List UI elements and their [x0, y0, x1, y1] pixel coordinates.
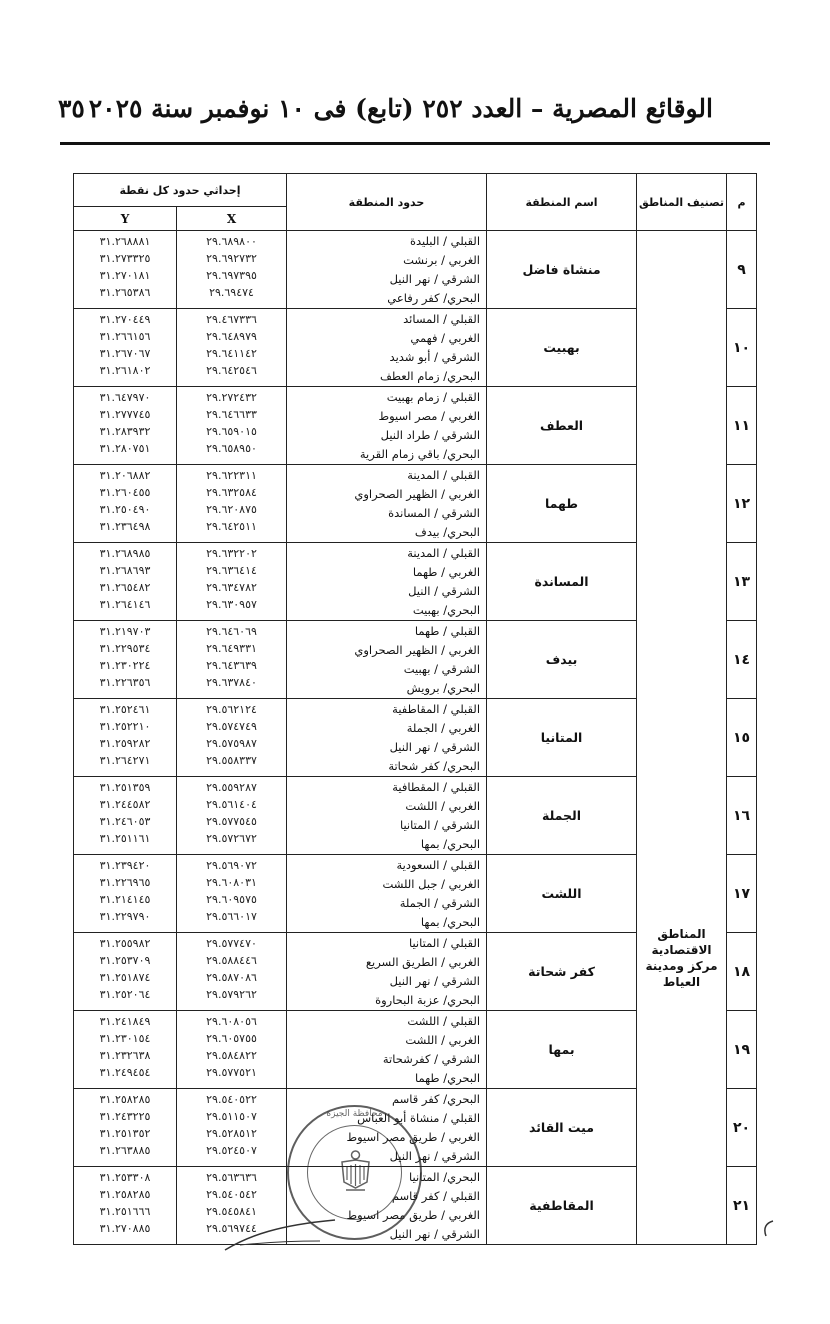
coord-x: ٢٩.٦٨٩٨٠٠٢٩.٦٩٢٧٣٢٢٩.٦٩٧٣٩٥٢٩.٦٩٤٧٤ — [177, 231, 287, 309]
coord-y-value: ٣١.٢٤١٨٤٩ — [74, 1013, 176, 1030]
bound-line: القبلي / كفر قاسم — [291, 1187, 480, 1206]
coord-x-value: ٢٩.٦٤٩٣٣١ — [177, 640, 286, 657]
page-number: ٣٥ — [58, 94, 85, 123]
row-number: ١٢ — [727, 465, 757, 543]
coord-x: ٢٩.٦٤٦٠٦٩٢٩.٦٤٩٣٣١٢٩.٦٤٣٦٣٩٢٩.٦٣٧٨٤٠ — [177, 621, 287, 699]
coord-y-value: ٣١.٢٨٣٩٣٢ — [74, 423, 176, 440]
bound-line: الغربي / الجملة — [291, 719, 480, 738]
zone-name: المقاطفية — [487, 1167, 637, 1245]
coord-y-value: ٣١.٢٥٢٢١٠ — [74, 718, 176, 735]
bound-line: الغربي / فهمي — [291, 329, 480, 348]
zone-bounds: القبلي / البليدةالغربي / برنشتالشرقي / ن… — [287, 231, 487, 309]
coord-x-value: ٢٩.٦٣٧٨٤٠ — [177, 674, 286, 691]
coord-y-value: ٣١.٢٥١٨٧٤ — [74, 969, 176, 986]
bound-line: البحري/ طهما — [291, 1069, 480, 1088]
coord-y-value: ٣١.٢٥١٣٥٩ — [74, 779, 176, 796]
bound-line: القبلي / المقاطفية — [291, 700, 480, 719]
coord-x-value: ٢٩.٥٧٧٥٤٥ — [177, 813, 286, 830]
row-number: ٢٠ — [727, 1089, 757, 1167]
coord-x: ٢٩.٥٤٠٥٢٢٢٩.٥١١٥٠٧٢٩.٥٢٨٥١٢٢٩.٥٢٤٥٠٧ — [177, 1089, 287, 1167]
coord-x-value: ٢٩.٦٣٢٢٠٢ — [177, 545, 286, 562]
coord-x-value: ٢٩.٦٩٧٣٩٥ — [177, 267, 286, 284]
bound-line: البحري/ كفر قاسم — [291, 1090, 480, 1109]
column-header-coordinates: إحداثي حدود كل نقطة — [74, 174, 287, 207]
zone-name: طهما — [487, 465, 637, 543]
bound-line: الغربي / برنشت — [291, 251, 480, 270]
coord-y-value: ٣١.٢٧٠٨٨٥ — [74, 1220, 176, 1237]
bound-line: الشرقي / نهر النيل — [291, 270, 480, 289]
row-number: ٩ — [727, 231, 757, 309]
coord-y: ٣١.٢٠٦٨٨٢٣١.٢٦٠٤٥٥٣١.٢٥٠٤٩٠٣١.٢٣٦٤٩٨ — [74, 465, 177, 543]
coord-y: ٣١.٢٥٥٩٨٢٣١.٢٥٣٧٠٩٣١.٢٥١٨٧٤٣١.٢٥٢٠٦٤ — [74, 933, 177, 1011]
coord-x-value: ٢٩.٦٣٦٤١٤ — [177, 562, 286, 579]
row-number: ١٣ — [727, 543, 757, 621]
coord-y-value: ٣١.٢٦٧٠٦٧ — [74, 345, 176, 362]
coord-x-value: ٢٩.٥٢٨٥١٢ — [177, 1125, 286, 1142]
bound-line: الشرقي / نهر النيل — [291, 1225, 480, 1244]
coord-x-value: ٢٩.٦٢٠٨٧٥ — [177, 501, 286, 518]
zone-classification: المناطق الاقتصادية مركز ومدينة العياط — [637, 231, 727, 1245]
coord-y-value: ٣١.٢٥٨٢٨٥ — [74, 1186, 176, 1203]
bound-line: البحري/ المتانيا — [291, 1168, 480, 1187]
coord-x-value: ٢٩.٦٥٩٠١٥ — [177, 423, 286, 440]
coord-x-value: ٢٩.٤٦٧٣٣٦ — [177, 311, 286, 328]
coord-x-value: ٢٩.٥٨٨٤٤٦ — [177, 952, 286, 969]
coord-x-value: ٢٩.٥٦٩٧٤٤ — [177, 1220, 286, 1237]
bound-line: القبلي / اللشت — [291, 1012, 480, 1031]
coord-x-value: ٢٩.٦٤٦٠٦٩ — [177, 623, 286, 640]
coord-y-value: ٣١.٢٥٣٣٠٨ — [74, 1169, 176, 1186]
column-header-zone-bounds: حدود المنطقة — [287, 174, 487, 231]
bound-line: الشرقي / الجملة — [291, 894, 480, 913]
bound-line: القبلي / المتانيا — [291, 934, 480, 953]
coord-y: ٣١.٢٥٢٤٦١٣١.٢٥٢٢١٠٣١.٢٥٩٢٨٢٣١.٢٦٤٢٧١ — [74, 699, 177, 777]
zone-name: منشاة فاضل — [487, 231, 637, 309]
bound-line: القبلي / زمام بهبيت — [291, 388, 480, 407]
coord-y-value: ٣١.٢٦٠٤٥٥ — [74, 484, 176, 501]
zone-bounds: القبلي / المدينةالغربي / الظهير الصحراوي… — [287, 465, 487, 543]
coord-y-value: ٣١.٢٢٩٧٩٠ — [74, 908, 176, 925]
bound-line: القبلي / البليدة — [291, 232, 480, 251]
coord-y: ٣١.٢٥٨٢٨٥٣١.٢٤٣٢٢٥٣١.٢٥١٣٥٢٣١.٢٦٣٨٨٥ — [74, 1089, 177, 1167]
coord-y-value: ٣١.٢٥٠٤٩٠ — [74, 501, 176, 518]
coord-y-value: ٣١.٢٦٥٤٨٢ — [74, 579, 176, 596]
coord-x-value: ٢٩.٦٣٢٥٨٤ — [177, 484, 286, 501]
coord-y-value: ٣١.٢٥٢٠٦٤ — [74, 986, 176, 1003]
coord-y-value: ٣١.٢٦٨٦٩٣ — [74, 562, 176, 579]
coord-x-value: ٢٩.٥١١٥٠٧ — [177, 1108, 286, 1125]
coord-y-value: ٣١.٢٦٨٩٨٥ — [74, 545, 176, 562]
row-number: ١٥ — [727, 699, 757, 777]
coord-y-value: ٣١.٢٤٦٠٥٣ — [74, 813, 176, 830]
bound-line: الغربي / اللشت — [291, 797, 480, 816]
coord-y-value: ٣١.٢٦٥٣٨٦ — [74, 284, 176, 301]
coord-y-value: ٣١.٢٥٥٩٨٢ — [74, 935, 176, 952]
zone-bounds: القبلي / اللشتالغربي / اللشتالشرقي / كفر… — [287, 1011, 487, 1089]
bound-line: الغربي / الظهير الصحراوي — [291, 641, 480, 660]
row-number: ١٨ — [727, 933, 757, 1011]
zone-bounds: القبلي / المقاطفيةالغربي / الجملةالشرقي … — [287, 699, 487, 777]
coord-x-value: ٢٩.٥٨٤٨٢٢ — [177, 1047, 286, 1064]
coord-x: ٢٩.٦٢٢٣١١٢٩.٦٣٢٥٨٤٢٩.٦٢٠٨٧٥٢٩.٦٤٢٥١١ — [177, 465, 287, 543]
economic-zones-table: م تصنيف المناطق اسم المنطقة حدود المنطقة… — [73, 173, 757, 1245]
column-header-zone-name: اسم المنطقة — [487, 174, 637, 231]
row-number: ١٧ — [727, 855, 757, 933]
coord-y: ٣١.٦٤٧٩٧٠٣١.٢٧٧٧٤٥٣١.٢٨٣٩٣٢٣١.٢٨٠٧٥١ — [74, 387, 177, 465]
row-number: ١٦ — [727, 777, 757, 855]
coord-y-value: ٣١.٢٦٣٨٨٥ — [74, 1142, 176, 1159]
coord-y-value: ٣١.٢٣٠١٥٤ — [74, 1030, 176, 1047]
coord-x-value: ٢٩.٥٤٠٥٤٢ — [177, 1186, 286, 1203]
coord-y-value: ٣١.٢١٩٧٠٣ — [74, 623, 176, 640]
bound-line: القبلي / منشاة أبو العباس — [291, 1109, 480, 1128]
coord-y-value: ٣١.٢٥٣٧٠٩ — [74, 952, 176, 969]
column-header-y: Y — [74, 207, 177, 231]
coord-x-value: ٢٩.٦٤٦٦٣٣ — [177, 406, 286, 423]
coord-x-value: ٢٩.٥٨٧٠٨٦ — [177, 969, 286, 986]
coord-x-value: ٢٩.٥٧٧٥٢١ — [177, 1064, 286, 1081]
coord-x-value: ٢٩.٦٢٢٣١١ — [177, 467, 286, 484]
coord-y-value: ٣١.٢٨٠٧٥١ — [74, 440, 176, 457]
coord-x: ٢٩.٥٦٩٠٧٢٢٩.٦٠٨٠٣١٢٩.٦٠٩٥٧٥٢٩.٥٦٦٠١٧ — [177, 855, 287, 933]
zone-name: بيدف — [487, 621, 637, 699]
coord-x-value: ٢٩.٥٥٩٢٨٧ — [177, 779, 286, 796]
coord-y-value: ٣١.٢٧٠٤٤٩ — [74, 311, 176, 328]
coord-x: ٢٩.٦٣٢٢٠٢٢٩.٦٣٦٤١٤٢٩.٦٣٤٧٨٢٢٩.٦٣٠٩٥٧ — [177, 543, 287, 621]
coord-y-value: ٣١.٢٢٦٩٦٥ — [74, 874, 176, 891]
coord-x-value: ٢٩.٢٧٢٤٣٢ — [177, 389, 286, 406]
coord-x-value: ٢٩.٥٦٣٦٣٦ — [177, 1169, 286, 1186]
bound-line: البحري/ زمام العطف — [291, 367, 480, 386]
coord-y-value: ٣١.٢٢٦٣٥٦ — [74, 674, 176, 691]
bound-line: الغربي / مصر اسيوط — [291, 407, 480, 426]
bound-line: القبلي / المقطافية — [291, 778, 480, 797]
coord-y-value: ٣١.٢٣٦٤٩٨ — [74, 518, 176, 535]
coord-x-value: ٢٩.٥٦٩٠٧٢ — [177, 857, 286, 874]
coord-x-value: ٢٩.٦٠٨٠٥٦ — [177, 1013, 286, 1030]
zone-name: العطف — [487, 387, 637, 465]
header-divider — [60, 142, 770, 145]
coord-x-value: ٢٩.٥٥٨٣٣٧ — [177, 752, 286, 769]
coord-y-value: ٣١.٢٥١٣٥٢ — [74, 1125, 176, 1142]
row-number: ١٩ — [727, 1011, 757, 1089]
coord-y-value: ٣١.٢٧٧٧٤٥ — [74, 406, 176, 423]
bound-line: البحري/ باقي زمام القرية — [291, 445, 480, 464]
coord-x-value: ٢٩.٥٤٥٨٤١ — [177, 1203, 286, 1220]
zone-name: المساندة — [487, 543, 637, 621]
row-number: ٢١ — [727, 1167, 757, 1245]
zone-name: بمها — [487, 1011, 637, 1089]
coord-y-value: ٣١.٢٢٩٥٣٤ — [74, 640, 176, 657]
bound-line: الشرقي / نهر النيل — [291, 738, 480, 757]
coord-x-value: ٢٩.٦٤٢٥٤٦ — [177, 362, 286, 379]
coord-x: ٢٩.٦٠٨٠٥٦٢٩.٦٠٥٧٥٥٢٩.٥٨٤٨٢٢٢٩.٥٧٧٥٢١ — [177, 1011, 287, 1089]
column-header-classification: تصنيف المناطق — [637, 174, 727, 231]
coord-x-value: ٢٩.٥٦١٤٠٤ — [177, 796, 286, 813]
bound-line: الغربي / الطريق السريع — [291, 953, 480, 972]
zone-name: بهبيت — [487, 309, 637, 387]
bound-line: البحري/ بمها — [291, 835, 480, 854]
corner-mark — [758, 1218, 778, 1238]
bound-line: الشرقي / أبو شديد — [291, 348, 480, 367]
coord-y-value: ٣١.٢٦٤٢٧١ — [74, 752, 176, 769]
bound-line: البحري/ بهبيت — [291, 601, 480, 620]
zone-bounds: القبلي / زمام بهبيتالغربي / مصر اسيوطالش… — [287, 387, 487, 465]
bound-line: الغربي / طريق مصر اسيوط — [291, 1206, 480, 1225]
zone-bounds: البحري/ كفر قاسمالقبلي / منشاة أبو العبا… — [287, 1089, 487, 1167]
coord-y-value: ٣١.٢٠٦٨٨٢ — [74, 467, 176, 484]
bound-line: البحري/ برويش — [291, 679, 480, 698]
bound-line: الغربي / طهما — [291, 563, 480, 582]
bound-line: القبلي / المدينة — [291, 466, 480, 485]
coord-x-value: ٢٩.٦٤٢٥١١ — [177, 518, 286, 535]
bound-line: الغربي / الظهير الصحراوي — [291, 485, 480, 504]
coord-x-value: ٢٩.٦٩٤٧٤ — [177, 284, 286, 301]
bound-line: الغربي / طريق مصر اسيوط — [291, 1128, 480, 1147]
coord-x-value: ٢٩.٥٧٤٧٤٩ — [177, 718, 286, 735]
bound-line: الغربي / اللشت — [291, 1031, 480, 1050]
bound-line: الشرقي / كفرشحاتة — [291, 1050, 480, 1069]
coord-x-value: ٢٩.٥٧٧٤٧٠ — [177, 935, 286, 952]
bound-line: الشرقي / نهر النيل — [291, 972, 480, 991]
zone-bounds: القبلي / طهماالغربي / الظهير الصحراويالش… — [287, 621, 487, 699]
coord-y-value: ٣١.٢٥١٦٦٦ — [74, 1203, 176, 1220]
zone-name: اللشت — [487, 855, 637, 933]
zone-bounds: القبلي / المدينةالغربي / طهماالشرقي / ال… — [287, 543, 487, 621]
coord-x: ٢٩.٥٦٢١٢٤٢٩.٥٧٤٧٤٩٢٩.٥٧٥٩٨٧٢٩.٥٥٨٣٣٧ — [177, 699, 287, 777]
bound-line: الشرقي / طراد النيل — [291, 426, 480, 445]
classification-label: المناطق الاقتصادية مركز ومدينة العياط — [641, 926, 722, 990]
coord-y-value: ٣١.٢٣٩٤٢٠ — [74, 857, 176, 874]
coord-y-value: ٣١.٢٤٩٤٥٤ — [74, 1064, 176, 1081]
bound-line: القبلي / المدينة — [291, 544, 480, 563]
bound-line: الشرقي / بهبيت — [291, 660, 480, 679]
bound-line: البحري/ بيدف — [291, 523, 480, 542]
bound-line: البحري/ كفر رفاعي — [291, 289, 480, 308]
coord-y-value: ٣١.٢٤٣٢٢٥ — [74, 1108, 176, 1125]
bound-line: القبلي / المسائد — [291, 310, 480, 329]
coord-x: ٢٩.٥٧٧٤٧٠٢٩.٥٨٨٤٤٦٢٩.٥٨٧٠٨٦٢٩.٥٧٩٢٦٢ — [177, 933, 287, 1011]
zone-name: ميت القائد — [487, 1089, 637, 1167]
zone-name: الجملة — [487, 777, 637, 855]
coord-y-value: ٣١.٢١٤١٤٥ — [74, 891, 176, 908]
coord-x-value: ٢٩.٦٣٤٧٨٢ — [177, 579, 286, 596]
zone-bounds: القبلي / المقطافيةالغربي / اللشتالشرقي /… — [287, 777, 487, 855]
coord-y-value: ٣١.٢٣٢٦٣٨ — [74, 1047, 176, 1064]
coord-y: ٣١.٢٦٨٨٨١٣١.٢٧٣٣٢٥٣١.٢٧٠١٨١٣١.٢٦٥٣٨٦ — [74, 231, 177, 309]
zone-name: المتانيا — [487, 699, 637, 777]
coord-x-value: ٢٩.٥٦٢١٢٤ — [177, 701, 286, 718]
zone-bounds: القبلي / السعوديةالغربي / جبل اللشتالشرق… — [287, 855, 487, 933]
zone-bounds: القبلي / المسائدالغربي / فهميالشرقي / أب… — [287, 309, 487, 387]
coord-y: ٣١.٢٥١٣٥٩٣١.٢٤٤٥٨٢٣١.٢٤٦٠٥٣٣١.٢٥١١٦١ — [74, 777, 177, 855]
coord-y-value: ٣١.٢٦١٨٠٢ — [74, 362, 176, 379]
coord-y: ٣١.٢١٩٧٠٣٣١.٢٢٩٥٣٤٣١.٢٣٠٢٢٤٣١.٢٢٦٣٥٦ — [74, 621, 177, 699]
zone-bounds: القبلي / المتانياالغربي / الطريق السريعا… — [287, 933, 487, 1011]
coord-y-value: ٣١.٢٦٦١٥٦ — [74, 328, 176, 345]
row-number: ١١ — [727, 387, 757, 465]
coord-y-value: ٣١.٢٥٢٤٦١ — [74, 701, 176, 718]
bound-line: البحري/ بمها — [291, 913, 480, 932]
zone-bounds: البحري/ المتانياالقبلي / كفر قاسمالغربي … — [287, 1167, 487, 1245]
coord-x: ٢٩.٥٥٩٢٨٧٢٩.٥٦١٤٠٤٢٩.٥٧٧٥٤٥٢٩.٥٧٢٦٧٢ — [177, 777, 287, 855]
coord-x-value: ٢٩.٦٠٨٠٣١ — [177, 874, 286, 891]
bound-line: الغربي / جبل اللشت — [291, 875, 480, 894]
table-row: ٩المناطق الاقتصادية مركز ومدينة العياطمن… — [74, 231, 757, 309]
bound-line: الشرقي / النيل — [291, 582, 480, 601]
coord-y: ٣١.٢٧٠٤٤٩٣١.٢٦٦١٥٦٣١.٢٦٧٠٦٧٣١.٢٦١٨٠٢ — [74, 309, 177, 387]
coord-y: ٣١.٢٤١٨٤٩٣١.٢٣٠١٥٤٣١.٢٣٢٦٣٨٣١.٢٤٩٤٥٤ — [74, 1011, 177, 1089]
coord-x: ٢٩.٢٧٢٤٣٢٢٩.٦٤٦٦٣٣٢٩.٦٥٩٠١٥٢٩.٦٥٨٩٥٠ — [177, 387, 287, 465]
zone-name: كفر شحاتة — [487, 933, 637, 1011]
coord-x-value: ٢٩.٦٣٠٩٥٧ — [177, 596, 286, 613]
column-header-number: م — [727, 174, 757, 231]
page-header: الوقائع المصرية – العدد ٢٥٢ (تابع) فى ١٠… — [58, 88, 713, 128]
bound-line: القبلي / طهما — [291, 622, 480, 641]
coord-y-value: ٣١.٢٥٩٢٨٢ — [74, 735, 176, 752]
row-number: ١٠ — [727, 309, 757, 387]
gazette-title: الوقائع المصرية – العدد ٢٥٢ (تابع) فى ١٠… — [89, 94, 713, 123]
coord-y-value: ٣١.٢٣٠٢٢٤ — [74, 657, 176, 674]
coord-x-value: ٢٩.٦٤٨٩٧٩ — [177, 328, 286, 345]
coord-x-value: ٢٩.٥٧٢٦٧٢ — [177, 830, 286, 847]
bound-line: القبلي / السعودية — [291, 856, 480, 875]
coord-x: ٢٩.٥٦٣٦٣٦٢٩.٥٤٠٥٤٢٢٩.٥٤٥٨٤١٢٩.٥٦٩٧٤٤ — [177, 1167, 287, 1245]
coord-y-value: ٣١.٢٤٤٥٨٢ — [74, 796, 176, 813]
coord-x-value: ٢٩.٦٤١١٤٢ — [177, 345, 286, 362]
coord-x-value: ٢٩.٦٤٣٦٣٩ — [177, 657, 286, 674]
coord-y: ٣١.٢٥٣٣٠٨٣١.٢٥٨٢٨٥٣١.٢٥١٦٦٦٣١.٢٧٠٨٨٥ — [74, 1167, 177, 1245]
bound-line: الشرقي / المساندة — [291, 504, 480, 523]
coord-y-value: ٣١.٢٥١١٦١ — [74, 830, 176, 847]
coord-x-value: ٢٩.٥٤٠٥٢٢ — [177, 1091, 286, 1108]
coord-y-value: ٣١.٢٥٨٢٨٥ — [74, 1091, 176, 1108]
coord-x-value: ٢٩.٦٠٥٧٥٥ — [177, 1030, 286, 1047]
coord-x-value: ٢٩.٥٧٩٢٦٢ — [177, 986, 286, 1003]
coord-y-value: ٣١.٢٧٣٣٢٥ — [74, 250, 176, 267]
coord-x-value: ٢٩.٦٨٩٨٠٠ — [177, 233, 286, 250]
coord-x-value: ٢٩.٦٠٩٥٧٥ — [177, 891, 286, 908]
coord-y-value: ٣١.٢٧٠١٨١ — [74, 267, 176, 284]
row-number: ١٤ — [727, 621, 757, 699]
coord-x-value: ٢٩.٥٧٥٩٨٧ — [177, 735, 286, 752]
coord-x-value: ٢٩.٦٩٢٧٣٢ — [177, 250, 286, 267]
coord-x-value: ٢٩.٥٦٦٠١٧ — [177, 908, 286, 925]
bound-line: الشرقي / نهر النيل — [291, 1147, 480, 1166]
coord-y: ٣١.٢٣٩٤٢٠٣١.٢٢٦٩٦٥٣١.٢١٤١٤٥٣١.٢٢٩٧٩٠ — [74, 855, 177, 933]
coord-y-value: ٣١.٢٦٨٨٨١ — [74, 233, 176, 250]
coord-y: ٣١.٢٦٨٩٨٥٣١.٢٦٨٦٩٣٣١.٢٦٥٤٨٢٣١.٢٦٤١٤٦ — [74, 543, 177, 621]
coord-x-value: ٢٩.٥٢٤٥٠٧ — [177, 1142, 286, 1159]
bound-line: البحري/ عزبة البحاروة — [291, 991, 480, 1010]
coord-x-value: ٢٩.٦٥٨٩٥٠ — [177, 440, 286, 457]
coord-y-value: ٣١.٦٤٧٩٧٠ — [74, 389, 176, 406]
coord-x: ٢٩.٤٦٧٣٣٦٢٩.٦٤٨٩٧٩٢٩.٦٤١١٤٢٢٩.٦٤٢٥٤٦ — [177, 309, 287, 387]
bound-line: الشرقي / المتانيا — [291, 816, 480, 835]
column-header-x: X — [177, 207, 287, 231]
coord-y-value: ٣١.٢٦٤١٤٦ — [74, 596, 176, 613]
bound-line: البحري/ كفر شحاتة — [291, 757, 480, 776]
